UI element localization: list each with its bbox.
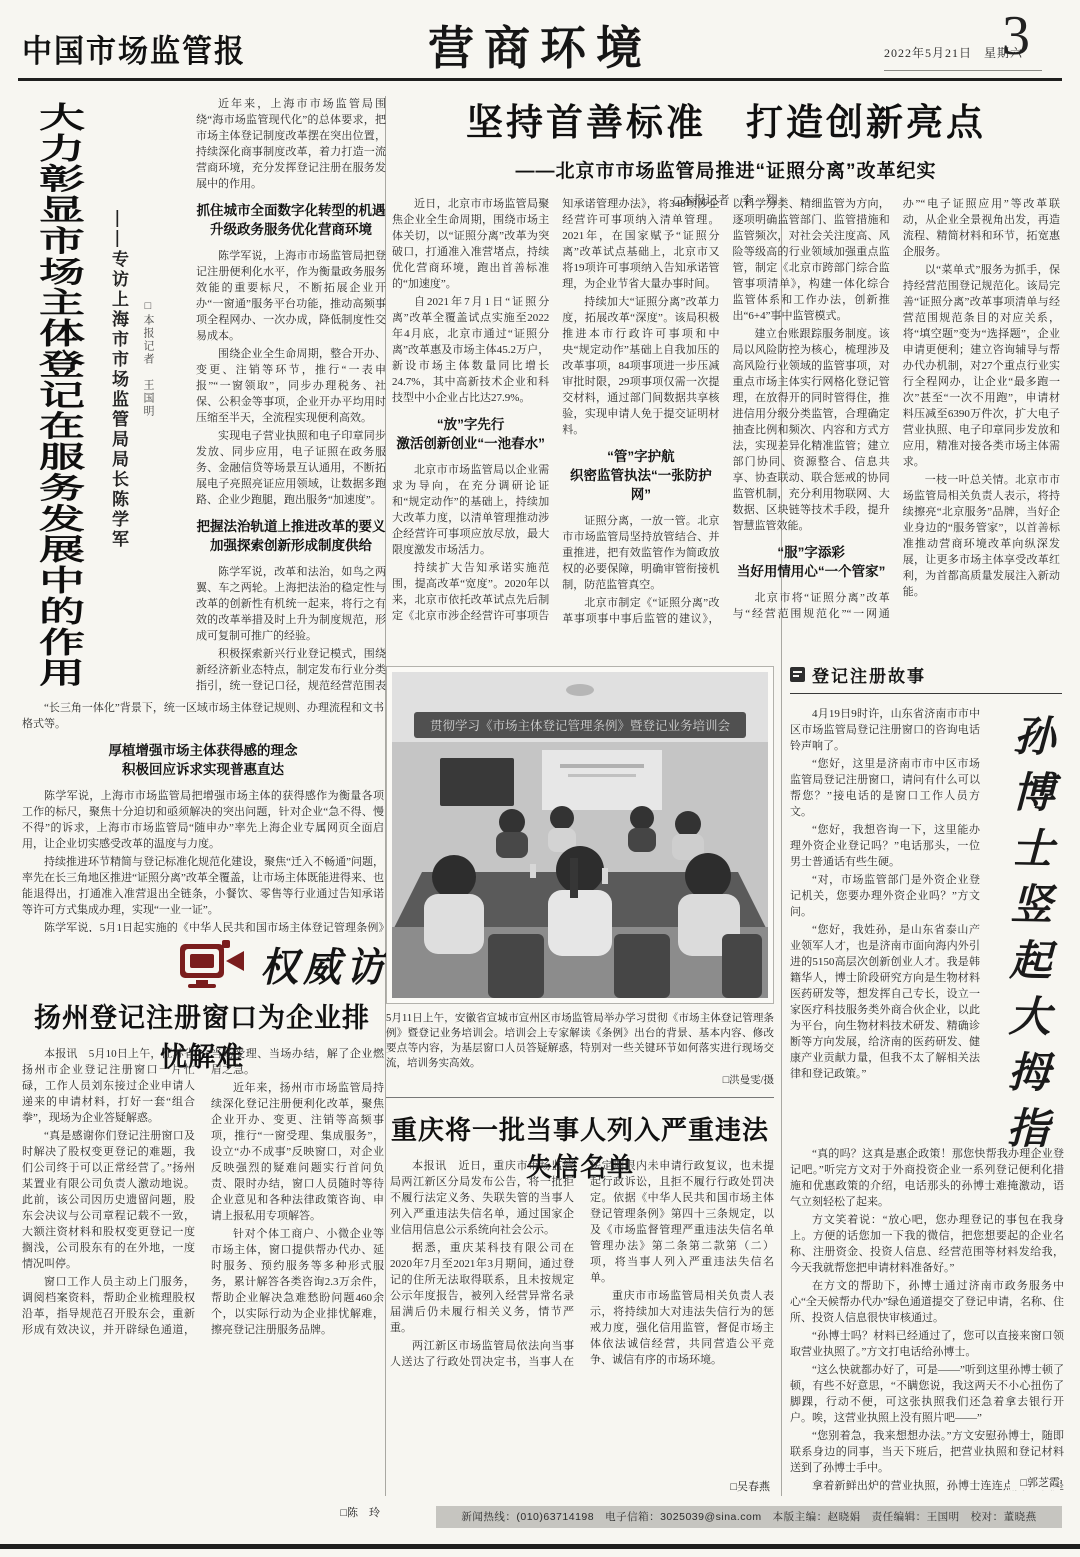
date-underline <box>884 70 1042 71</box>
photo-caption: 5月11日上午，安徽省宣城市宣州区市场监管局举办学习贯彻《市场主体登记管理条例》… <box>386 1011 774 1088</box>
story-bottom-column: “真的吗？这真是惠企政策！那您快帮我办理企业登记吧。”听完方文对于外商投资企业一… <box>790 1146 1064 1492</box>
main-article-head: 坚持首善标准 打造创新亮点 ——北京市市场监管局推进“证照分离”改革纪实 □本报… <box>392 92 1060 208</box>
paragraph: 据悉，重庆某科技有限公司在2020年7月至2021年3月期间，通过登记的住所无法… <box>390 1240 574 1336</box>
interview-vertical-subtitle: ——专访上海市市场监管局局长陈学军 <box>106 210 131 540</box>
main-subhead-fu: “服”字添彩 当好用情用心“一个管家” <box>733 543 890 581</box>
interview-cont: “长三角一体化”背景下，统一区域市场主体登记规则、办理流程和文书格式等。 <box>22 700 384 732</box>
paragraph: 自2021年7月1日“证照分离”改革全覆盖试点实施至2022年4月底，北京市通过… <box>392 294 549 406</box>
tv-camera-icon <box>178 938 248 990</box>
interview-intro: 近年来，上海市市场监管局围绕“海市场监管现代化”的总体要求，把市场主体登记制度改… <box>196 96 386 192</box>
main-article-body: 近日，北京市市场监管局聚焦企业全生命周期，围绕市场主体关切，以“证照分离”改革为… <box>392 196 1060 658</box>
interview-column: 近年来，上海市市场监管局围绕“海市场监管现代化”的总体要求，把市场主体登记制度改… <box>196 96 386 692</box>
paragraph: 证照分离，一放一管。北京市市场监管局坚持放管结合、并重推进，把有效监管作为简政放… <box>562 513 719 593</box>
paragraph: “对，市场监管部门是外资企业登记机关，您要办理外资企业吗？”方文问。 <box>790 872 980 920</box>
yangzhou-byline: □陈 玲 <box>330 1504 380 1520</box>
chongqing-body-wrap: 本报讯 近日，重庆市市场监管局两江新区分局发布公告，将一批拒不履行法定义务、失联… <box>390 1158 774 1496</box>
paragraph: 在方文的帮助下，孙博士通过济南市政务服务中心“全天候帮办代办”绿色通道提交了登记… <box>790 1278 1064 1326</box>
main-article-title: 坚持首善标准 打造创新亮点 <box>392 92 1060 146</box>
paragraph: 近年来，上海市市场监管局围绕“海市场监管现代化”的总体要求，把市场主体登记制度改… <box>196 96 386 192</box>
interview-seg3: 陈学军说，上海市市场监管局把增强市场主体的获得感作为衡量各项工作的标尺，聚焦十分… <box>22 788 384 932</box>
paragraph: “真是感谢你们登记注册窗口及时解决了股权变更登记的难题，我们公司终于可以正常经营… <box>22 1128 195 1272</box>
interview-vertical-title: 大力彰显市场主体登记在服务发展中的作用 <box>26 102 92 694</box>
interview-seg1: 陈学军说，上海市市场监管局把登记注册便利化水平，作为衡量政务服务效能的重要标尺，… <box>196 248 386 508</box>
paragraph: 一枝一叶总关情。北京市市场监管局相关负责人表示，将持续擦亮“北京服务”品牌，当好… <box>903 472 1060 600</box>
interview-subhead-1: 抓住城市全面数字化转型的机遇 升级政务服务优化营商环境 <box>196 201 386 239</box>
paragraph: 持续加大“证照分离”改革力度，拓展改革“深度”。该局积极推进本市行政许可事项和中… <box>562 294 719 438</box>
paragraph: 4月19日9时许，山东省济南市市中区市场监管局登记注册窗口的咨询电话铃声响了。 <box>790 706 980 754</box>
svg-text:贯彻学习《市场主体登记管理条例》暨登记业务培训会: 贯彻学习《市场主体登记管理条例》暨登记业务培训会 <box>430 718 731 733</box>
main-seg1: 近日，北京市市场监管局聚焦企业全生命周期，围绕市场主体关切，以“证照分离”改革为… <box>392 196 549 406</box>
main-subhead-guan: “管”字护航 织密监管执法“一张防护网” <box>562 447 719 504</box>
paragraph: 陈学军说，改革和法治，如鸟之两翼、车之两轮。上海把法治的稳定性与改革的创新性有机… <box>196 564 386 644</box>
page-number: 3 <box>1002 8 1030 64</box>
interview-wide-row: “长三角一体化”背景下，统一区域市场主体登记规则、办理流程和文书格式等。 厚植增… <box>22 700 384 932</box>
interview-subhead-3: 厚植增强市场主体获得感的理念 积极回应诉求实现普惠直达 <box>22 741 384 779</box>
paragraph: 方文笑着说：“放心吧，您办理登记的事包在我身上。方便的话您加一下我的微信，把您想… <box>790 1212 1064 1276</box>
chongqing-byline: □吴春燕 <box>720 1478 770 1494</box>
interview-subhead-2: 把握法治轨道上推进改革的要义 加强探索创新形成制度供给 <box>196 517 386 555</box>
paragraph: 本报讯 近日，重庆市市场监管局两江新区分局发布公告，将一批拒不履行法定义务、失联… <box>390 1158 574 1238</box>
training-photo-figure: 贯彻学习《市场主体登记管理条例》暨登记业务培训会 <box>386 666 774 1088</box>
photo-frame: 贯彻学习《市场主体登记管理条例》暨登记业务培训会 <box>386 666 774 1004</box>
story-vertical-title: 孙博士竖起大拇指 <box>994 714 1062 1165</box>
paragraph: 实现电子营业执照和电子印章同步发放、同步应用，电子证照在政务服务、金融信贷等场景… <box>196 428 386 508</box>
paragraph: 近日，北京市市场监管局聚焦企业全生命周期，围绕市场主体关切，以“证照分离”改革为… <box>392 196 549 292</box>
header-rule <box>18 78 1062 81</box>
paragraph: 北京市市场监管局以企业需求为导向，在充分调研论证和“规定动作”的基础上，持续加大… <box>392 462 549 558</box>
yangzhou-body: 本报讯 5月10日上午，江苏省扬州市企业登记注册窗口一片忙碌，工作人员刘东接过企… <box>22 1046 384 1522</box>
paragraph: 以“菜单式”服务为抓手，保持经营范围登记规范化。该局完善“证照分离”改革事项清单… <box>903 262 1060 470</box>
story-bottom-wrap: “真的吗？这真是惠企政策！那您快帮我办理企业登记吧。”听完方文对于外商投资企业一… <box>790 1146 1064 1492</box>
story-top-column: 4月19日9时许，山东省济南市市中区市场监管局登记注册窗口的咨询电话铃声响了。“… <box>790 706 980 1138</box>
story-section-label: 登记注册故事 <box>812 662 926 687</box>
paragraph: “真的吗？这真是惠企政策！那您快帮我办理企业登记吧。”听完方文对于外商投资企业一… <box>790 1146 1064 1210</box>
paragraph: 持续推进环节精简与登记标准化规范化建设，聚焦“迁入不畅通”问题，率先在长三角地区… <box>22 854 384 918</box>
story-section-header: 登记注册故事 <box>790 662 1062 694</box>
paragraph: 陈学军说，5月1日起实施的《中华人民共和国市场主体登记管理条例》确立了商事制度的… <box>22 920 384 932</box>
paragraph: 近年来，扬州市市场监管局持续深化登记注册便利化改革，聚焦企业开办、变更、注销等高… <box>211 1080 384 1224</box>
interview-seg2: 陈学军说，改革和法治，如鸟之两翼、车之两轮。上海把法治的稳定性与改革的创新性有机… <box>196 564 386 692</box>
newspaper-page: 中国市场监管报 营商环境 2022年5月21日 星期六 3 大力彰显市场主体登记… <box>0 0 1080 1557</box>
paragraph: “这么快就都办好了，可是——”听到这里孙博士顿了顿，有些不好意思，“不瞒您说，我… <box>790 1362 1064 1426</box>
paragraph: 重庆市市场监管局相关负责人表示，将持续加大对违法失信行为的惩戒力度，强化信用监管… <box>590 1288 774 1368</box>
paragraph: 建立台账跟踪服务制度。该局以风险防控为核心，梳理涉及高风险行业领域的监管事项，对… <box>733 326 890 534</box>
paragraph: “您好，我想咨询一下，这里能办理外资企业登记吗？”电话那头，一位男士普通话有些生… <box>790 822 980 870</box>
chongqing-top-rule <box>386 1097 774 1098</box>
main-subhead-fang: “放”字先行 激活创新创业“一池春水” <box>392 415 549 453</box>
date: 2022年5月21日 <box>884 46 972 60</box>
paragraph: 陈学军说，上海市市场监管局把登记注册便利化水平，作为衡量政务服务效能的重要标尺，… <box>196 248 386 344</box>
story-byline: □郭芝霞 <box>1010 1474 1060 1490</box>
interview-vertical-byline: □本报记者 王国明 <box>140 300 156 450</box>
paragraph: 积极探索新兴行业登记模式，围绕新经济新业态特点，制定发布行业分类指引，统一登记口… <box>196 646 386 692</box>
paragraph: “您好，这里是济南市市中区市场监管局登记注册窗口，请问有什么可以帮您？”接电话的… <box>790 756 980 820</box>
meeting-photo: 贯彻学习《市场主体登记管理条例》暨登记业务培训会 <box>392 672 768 998</box>
paragraph: “孙博士吗？材料已经通过了，您可以直接来窗口领取营业执照了。”方文打电话给孙博士… <box>790 1328 1064 1360</box>
paragraph: “您别着急，我来想想办法。”方文安慰孙博士，随即联系身边的同事，当天下班后，把营… <box>790 1428 1064 1476</box>
paragraph: “您好，我姓孙，是山东省泰山产业领军人才，也是济南市面向海内外引进的5150高层… <box>790 922 980 1082</box>
chongqing-body: 本报讯 近日，重庆市市场监管局两江新区分局发布公告，将一批拒不履行法定义务、失联… <box>390 1158 774 1496</box>
footer-info-bar: 新闻热线：(010)63714198 电子信箱：3025039@sina.com… <box>436 1506 1062 1528</box>
paragraph: 陈学军说，上海市市场监管局把增强市场主体的获得感作为衡量各项工作的标尺，聚焦十分… <box>22 788 384 852</box>
story-section-icon <box>790 667 805 682</box>
main-article-subtitle: ——北京市市场监管局推进“证照分离”改革纪实 <box>392 156 1060 183</box>
bottom-rule <box>0 1544 1080 1549</box>
yangzhou-body-wrap: 本报讯 5月10日上午，江苏省扬州市企业登记注册窗口一片忙碌，工作人员刘东接过企… <box>22 1046 384 1522</box>
paragraph: 针对个体工商户、小微企业等市场主体，窗口提供帮办代办、延时服务、预约服务等多种形… <box>211 1226 384 1338</box>
paragraph: 围绕企业全生命周期，整合开办、变更、注销等环节，推行“一表申报”“一窗领取”，同… <box>196 346 386 426</box>
photo-credit: □洪曼雯/摄 <box>386 1073 774 1088</box>
paragraph: “长三角一体化”背景下，统一区域市场主体登记规则、办理流程和文书格式等。 <box>22 700 384 732</box>
paragraph: 本报讯 5月10日上午，江苏省扬州市企业登记注册窗口一片忙碌，工作人员刘东接过企… <box>22 1046 195 1126</box>
